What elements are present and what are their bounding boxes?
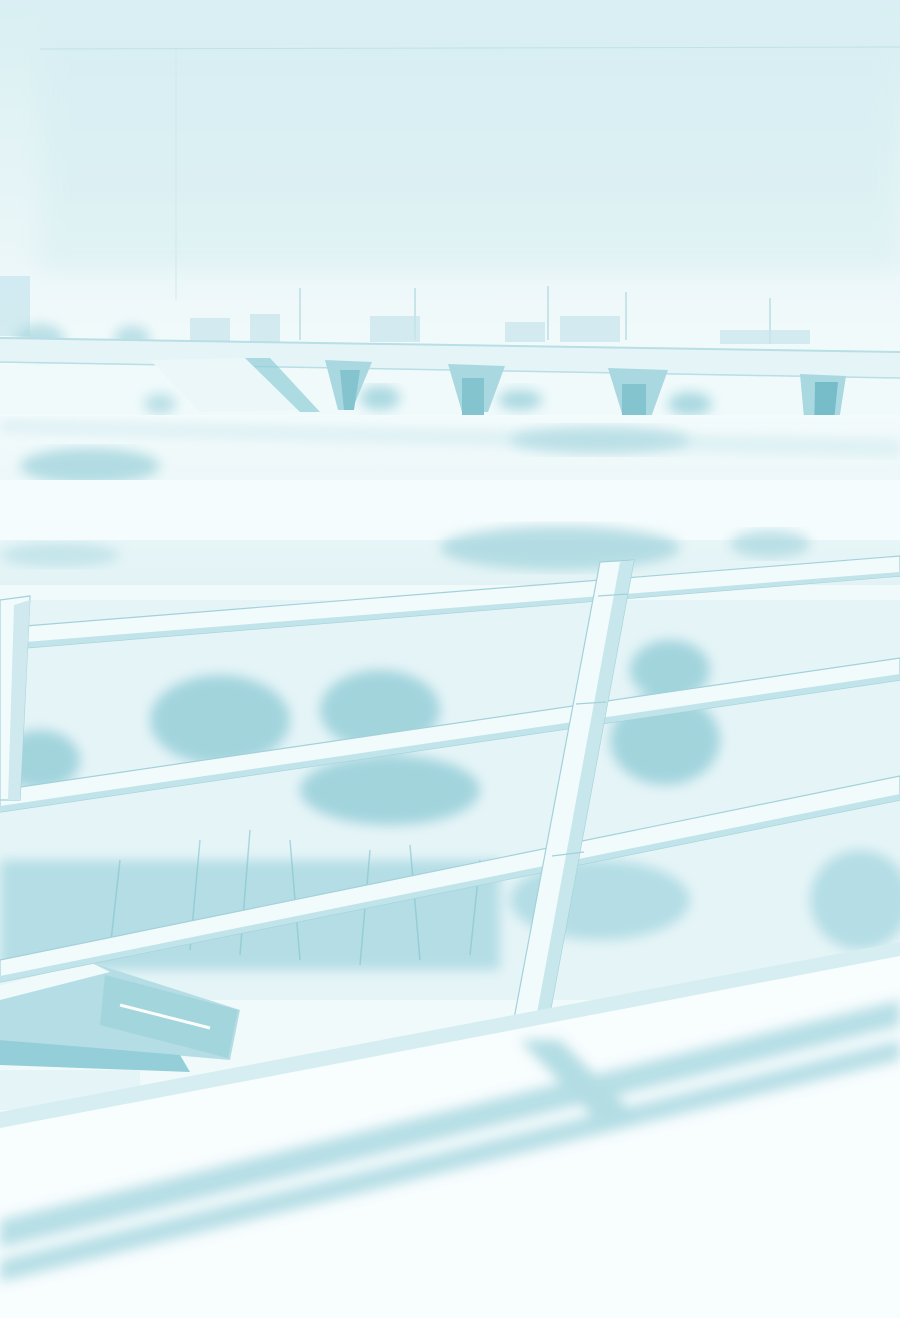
- illustration-canvas: [0, 0, 900, 1318]
- paper-texture: [0, 0, 900, 1318]
- riverside-scene: [0, 0, 900, 1318]
